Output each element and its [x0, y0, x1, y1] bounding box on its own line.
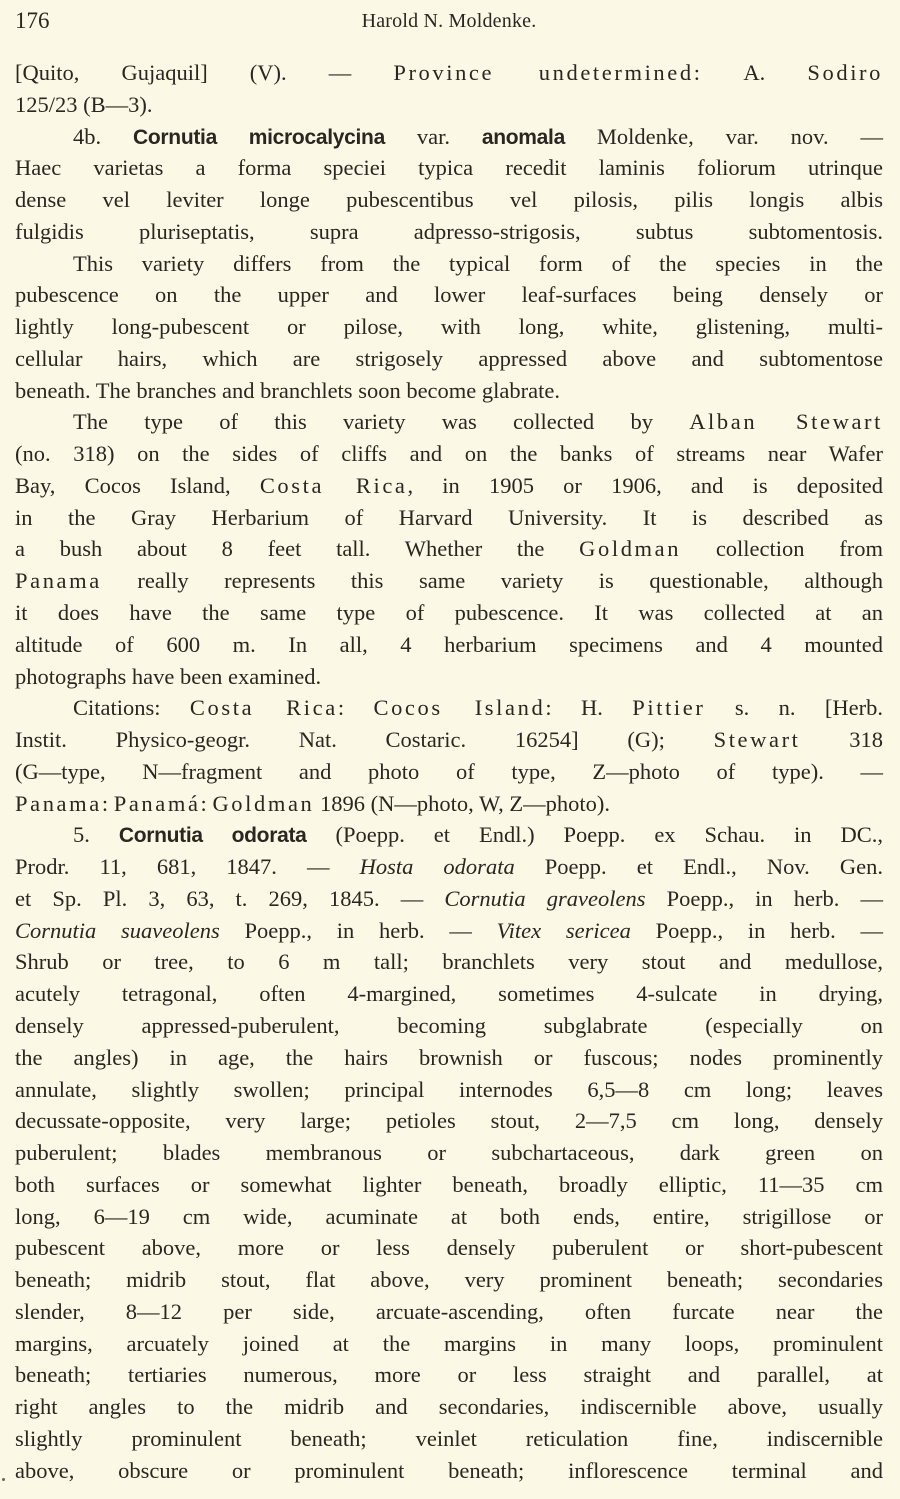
text-segment: it does have the same type of pubescence…: [15, 600, 883, 625]
taxon-name-bold: Cornutia odorata: [119, 824, 307, 847]
text-line: [Quito, Gujaquil] (V). — Province undete…: [15, 57, 883, 89]
text-line: altitude of 600 m. In all, 4 herbarium s…: [15, 629, 883, 661]
text-segment: puberulent; blades membranous or subchar…: [15, 1140, 883, 1165]
text-segment: Poepp., in herb. —: [220, 918, 497, 943]
text-line: pubescence on the upper and lower leaf-s…: [15, 279, 883, 311]
text-line: 4b. Cornutia microcalycina var. anomala …: [15, 121, 883, 153]
letterspaced-name: Sodiro: [807, 60, 883, 85]
text-segment: Moldenke, var. nov. —: [565, 124, 883, 149]
letterspaced-name: Stewart: [714, 727, 801, 752]
letterspaced-name: Cocos Island: [373, 695, 545, 720]
letterspaced-name: Pittier: [632, 695, 705, 720]
text-segment: lightly long-pubescent or pilose, with l…: [15, 314, 883, 339]
text-line: 125/23 (B—3).: [15, 89, 883, 121]
text-line: densely appressed-puberulent, becoming s…: [15, 1010, 883, 1042]
text-segment: 4b.: [73, 124, 133, 149]
page-header: 176 Harold N. Moldenke.: [15, 0, 883, 40]
text-line: photographs have been examined.: [15, 661, 883, 693]
text-line: (G—type, N—fragment and photo of type, Z…: [15, 756, 883, 788]
text-segment: Haec varietas a forma speciei typica rec…: [15, 155, 883, 180]
text-line: Instit. Physico-geogr. Nat. Costaric. 16…: [15, 724, 883, 756]
text-line: Panama really represents this same varie…: [15, 565, 883, 597]
text-segment: fulgidis pluriseptatis, supra adpresso-s…: [15, 219, 883, 244]
text-line: cellular hairs, which are strigosely app…: [15, 343, 883, 375]
text-segment: pubescence on the upper and lower leaf-s…: [15, 282, 883, 307]
text-segment: : H.: [545, 695, 632, 720]
text-segment: densely appressed-puberulent, becoming s…: [15, 1013, 883, 1038]
text-line: decussate-opposite, very large; petioles…: [15, 1105, 883, 1137]
text-segment: slender, 8—12 per side, arcuate-ascendin…: [15, 1299, 883, 1324]
text-segment: right angles to the midrib and secondari…: [15, 1394, 883, 1419]
text-segment: beneath; tertiaries numerous, more or le…: [15, 1362, 883, 1387]
text-segment: 5.: [73, 822, 119, 847]
text-line: et Sp. Pl. 3, 63, t. 269, 1845. — Cornut…: [15, 883, 883, 915]
taxon-name-bold: Cornutia microcalycina: [133, 126, 385, 149]
text-segment: :: [102, 791, 114, 816]
text-segment: (G—type, N—fragment and photo of type, Z…: [15, 759, 883, 784]
text-line: Panama: Panamá: Goldman 1896 (N—photo, W…: [15, 788, 883, 820]
text-segment: cellular hairs, which are strigosely app…: [15, 346, 883, 371]
text-segment: 318: [801, 727, 883, 752]
text-segment: A.: [703, 60, 808, 85]
text-segment: in the Gray Herbarium of Harvard Univers…: [15, 505, 883, 530]
text-line: acutely tetragonal, often 4-margined, so…: [15, 978, 883, 1010]
text-line: Prodr. 11, 681, 1847. — Hosta odorata Po…: [15, 851, 883, 883]
text-line: The type of this variety was collected b…: [15, 406, 883, 438]
text-segment: collection from: [681, 536, 883, 561]
text-segment: Citations:: [73, 695, 190, 720]
text-segment: Prodr. 11, 681, 1847. —: [15, 854, 360, 879]
text-segment: dense vel leviter longe pubescentibus ve…: [15, 187, 883, 212]
text-line: the angles) in age, the hairs brownish o…: [15, 1042, 883, 1074]
letterspaced-name: Costa Rica: [190, 695, 338, 720]
taxon-name-bold: anomala: [482, 126, 565, 149]
text-segment: et Sp. Pl. 3, 63, t. 269, 1845. —: [15, 886, 444, 911]
text-line: margins, arcuately joined at the margins…: [15, 1328, 883, 1360]
text-segment: :: [201, 791, 213, 816]
synonym-italic: Vitex sericea: [497, 918, 631, 943]
text-segment: Poepp., in herb. —: [631, 918, 883, 943]
text-line: a bush about 8 feet tall. Whether the Go…: [15, 533, 883, 565]
text-segment: The type of this variety was collected b…: [73, 409, 689, 434]
text-line: Cornutia suaveolens Poepp., in herb. — V…: [15, 915, 883, 947]
text-line: beneath; midrib stout, flat above, very …: [15, 1264, 883, 1296]
letterspaced-name: Panama: [15, 568, 102, 593]
text-line: right angles to the midrib and secondari…: [15, 1391, 883, 1423]
text-segment: pubescent above, more or less densely pu…: [15, 1235, 883, 1260]
text-segment: var.: [385, 124, 482, 149]
text-segment: beneath; midrib stout, flat above, very …: [15, 1267, 883, 1292]
letterspaced-name: Panama: [15, 791, 102, 816]
text-segment: both surfaces or somewhat lighter beneat…: [15, 1172, 883, 1197]
text-segment: :: [338, 695, 374, 720]
text-segment: long, 6—19 cm wide, acuminate at both en…: [15, 1204, 883, 1229]
letterspaced-name: Goldman: [579, 536, 681, 561]
text-line: annulate, slightly swollen; principal in…: [15, 1074, 883, 1106]
synonym-italic: Cornutia suaveolens: [15, 918, 220, 943]
text-line: it does have the same type of pubescence…: [15, 597, 883, 629]
text-line: slender, 8—12 per side, arcuate-ascendin…: [15, 1296, 883, 1328]
text-segment: annulate, slightly swollen; principal in…: [15, 1077, 883, 1102]
synonym-italic: Cornutia graveolens: [444, 886, 645, 911]
text-line: above, obscure or prominulent beneath; i…: [15, 1455, 883, 1487]
synonym-italic: Hosta odorata: [360, 854, 515, 879]
text-line: dense vel leviter longe pubescentibus ve…: [15, 184, 883, 216]
text-segment: a bush about 8 feet tall. Whether the: [15, 536, 579, 561]
text-line: in the Gray Herbarium of Harvard Univers…: [15, 502, 883, 534]
scan-speck: [2, 1478, 5, 1481]
text-segment: acutely tetragonal, often 4-margined, so…: [15, 981, 883, 1006]
text-segment: (Poepp. et Endl.) Poepp. ex Schau. in DC…: [307, 822, 884, 847]
text-segment: This variety differs from the typical fo…: [73, 251, 883, 276]
text-segment: photographs have been examined.: [15, 664, 321, 689]
text-segment: [Quito, Gujaquil] (V). —: [15, 60, 393, 85]
text-line: Haec varietas a forma speciei typica rec…: [15, 152, 883, 184]
text-line: pubescent above, more or less densely pu…: [15, 1232, 883, 1264]
text-line: beneath; tertiaries numerous, more or le…: [15, 1359, 883, 1391]
text-line: slightly prominulent beneath; veinlet re…: [15, 1423, 883, 1455]
text-segment: 1896 (N—photo, W, Z—photo).: [314, 791, 610, 816]
book-page: 176 Harold N. Moldenke. [Quito, Gujaquil…: [15, 0, 883, 40]
letterspaced-name: Costa Rica: [260, 473, 408, 498]
text-line: This variety differs from the typical fo…: [15, 248, 883, 280]
text-line: lightly long-pubescent or pilose, with l…: [15, 311, 883, 343]
running-head-author: Harold N. Moldenke.: [15, 10, 883, 33]
text-segment: altitude of 600 m. In all, 4 herbarium s…: [15, 632, 883, 657]
text-segment: really represents this same variety is q…: [102, 568, 883, 593]
text-line: Citations: Costa Rica: Cocos Island: H. …: [15, 692, 883, 724]
text-line: both surfaces or somewhat lighter beneat…: [15, 1169, 883, 1201]
text-line: Bay, Cocos Island, Costa Rica, in 1905 o…: [15, 470, 883, 502]
body-text: [Quito, Gujaquil] (V). — Province undete…: [15, 57, 883, 1486]
text-segment: decussate-opposite, very large; petioles…: [15, 1108, 883, 1133]
text-segment: Bay, Cocos Island,: [15, 473, 260, 498]
text-segment: Shrub or tree, to 6 m tall; branchlets v…: [15, 949, 883, 974]
text-line: Shrub or tree, to 6 m tall; branchlets v…: [15, 946, 883, 978]
text-segment: Instit. Physico-geogr. Nat. Costaric. 16…: [15, 727, 714, 752]
text-segment: slightly prominulent beneath; veinlet re…: [15, 1426, 883, 1451]
letterspaced-name: Goldman: [212, 791, 314, 816]
text-line: beneath. The branches and branchlets soo…: [15, 375, 883, 407]
text-segment: Poepp., in herb. —: [645, 886, 883, 911]
text-line: fulgidis pluriseptatis, supra adpresso-s…: [15, 216, 883, 248]
text-segment: Poepp. et Endl., Nov. Gen.: [515, 854, 883, 879]
text-segment: 125/23 (B—3).: [15, 92, 153, 117]
letterspaced-name: Panamá: [114, 791, 201, 816]
text-line: (no. 318) on the sides of cliffs and on …: [15, 438, 883, 470]
text-line: long, 6—19 cm wide, acuminate at both en…: [15, 1201, 883, 1233]
text-segment: (no. 318) on the sides of cliffs and on …: [15, 441, 883, 466]
text-segment: s. n. [Herb.: [705, 695, 883, 720]
text-segment: above, obscure or prominulent beneath; i…: [15, 1458, 883, 1483]
text-segment: the angles) in age, the hairs brownish o…: [15, 1045, 883, 1070]
letterspaced-name: Province undetermined:: [393, 60, 702, 85]
text-line: puberulent; blades membranous or subchar…: [15, 1137, 883, 1169]
text-segment: , in 1905 or 1906, and is deposited: [408, 473, 884, 498]
letterspaced-name: Alban Stewart: [689, 409, 883, 434]
text-segment: beneath. The branches and branchlets soo…: [15, 378, 560, 403]
text-segment: margins, arcuately joined at the margins…: [15, 1331, 883, 1356]
text-line: 5. Cornutia odorata (Poepp. et Endl.) Po…: [15, 819, 883, 851]
